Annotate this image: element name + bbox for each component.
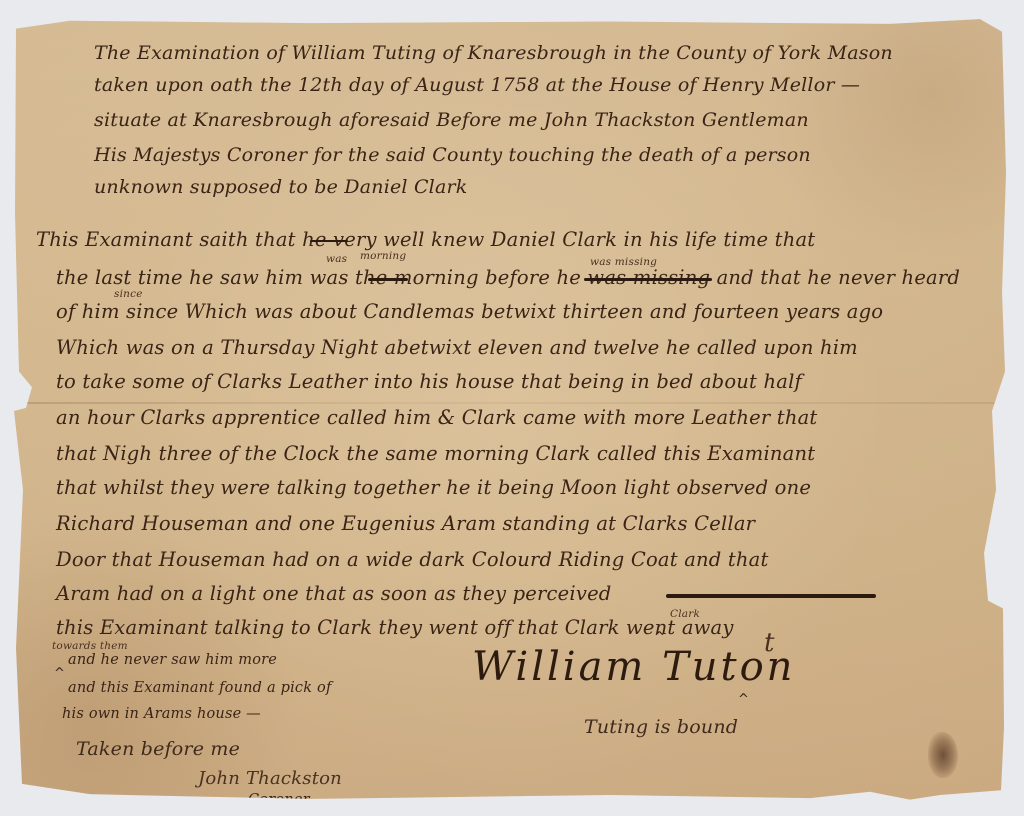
- taken-before-text: Taken before me: [76, 738, 240, 760]
- interlinear-was: was: [326, 253, 347, 265]
- heading-line-5: unknown supposed to be Daniel Clark: [94, 176, 467, 198]
- paper-fold-crease: [22, 402, 998, 404]
- margin-line-2: and this Examinant found a pick of: [68, 680, 332, 696]
- manuscript-paper: The Examination of William Tuting of Kna…: [10, 16, 1010, 806]
- body-line-11: Aram had on a light one that as soon as …: [56, 582, 612, 605]
- strikethrough-removed-words: [666, 594, 876, 598]
- body-line-6: an hour Clarks apprentice called him & C…: [56, 406, 817, 429]
- margin-caret: ^: [54, 666, 65, 681]
- ink-stain: [928, 732, 958, 778]
- body-line-7: that Nigh three of the Clock the same mo…: [56, 442, 815, 465]
- witness-signature: William Tuton: [472, 644, 795, 690]
- coroner-signature: John Thackston: [198, 768, 342, 789]
- signature-caret: ^: [738, 692, 749, 707]
- body-line-1: This Examinant saith that he very well k…: [36, 228, 815, 251]
- strikethrough-night: [368, 278, 408, 281]
- body-line-8: that whilst they were talking together h…: [56, 476, 811, 499]
- interlinear-since: since: [114, 288, 143, 300]
- body-line-9: Richard Houseman and one Eugenius Aram s…: [56, 512, 755, 535]
- body-line-2: the last time he saw him was the morning…: [56, 266, 960, 289]
- margin-line-3: his own in Arams house —: [62, 706, 261, 722]
- strikethrough-he: [310, 240, 348, 242]
- body-line-12: this Examinant talking to Clark they wen…: [56, 616, 734, 639]
- body-line-3: of him since Which was about Candlemas b…: [56, 300, 883, 323]
- body-line-5: to take some of Clarks Leather into his …: [56, 370, 802, 393]
- body-line-10: Door that Houseman had on a wide dark Co…: [56, 548, 769, 571]
- interlinear-morning: morning: [360, 250, 406, 262]
- body-line-4: Which was on a Thursday Night abetwixt e…: [56, 336, 858, 359]
- heading-line-4: His Majestys Coroner for the said County…: [94, 144, 811, 166]
- interlinear-towards-them: towards them: [52, 640, 128, 652]
- heading-line-1: The Examination of William Tuting of Kna…: [94, 42, 893, 64]
- bound-note: Tuting is bound: [584, 716, 738, 738]
- strikethrough-disappeared: [584, 278, 712, 281]
- heading-line-3: situate at Knaresbrough aforesaid Before…: [94, 109, 809, 131]
- margin-line-1: and he never saw him more: [68, 652, 277, 668]
- insertion-caret: ^: [654, 630, 665, 645]
- heading-line-2: taken upon oath the 12th day of August 1…: [94, 74, 860, 96]
